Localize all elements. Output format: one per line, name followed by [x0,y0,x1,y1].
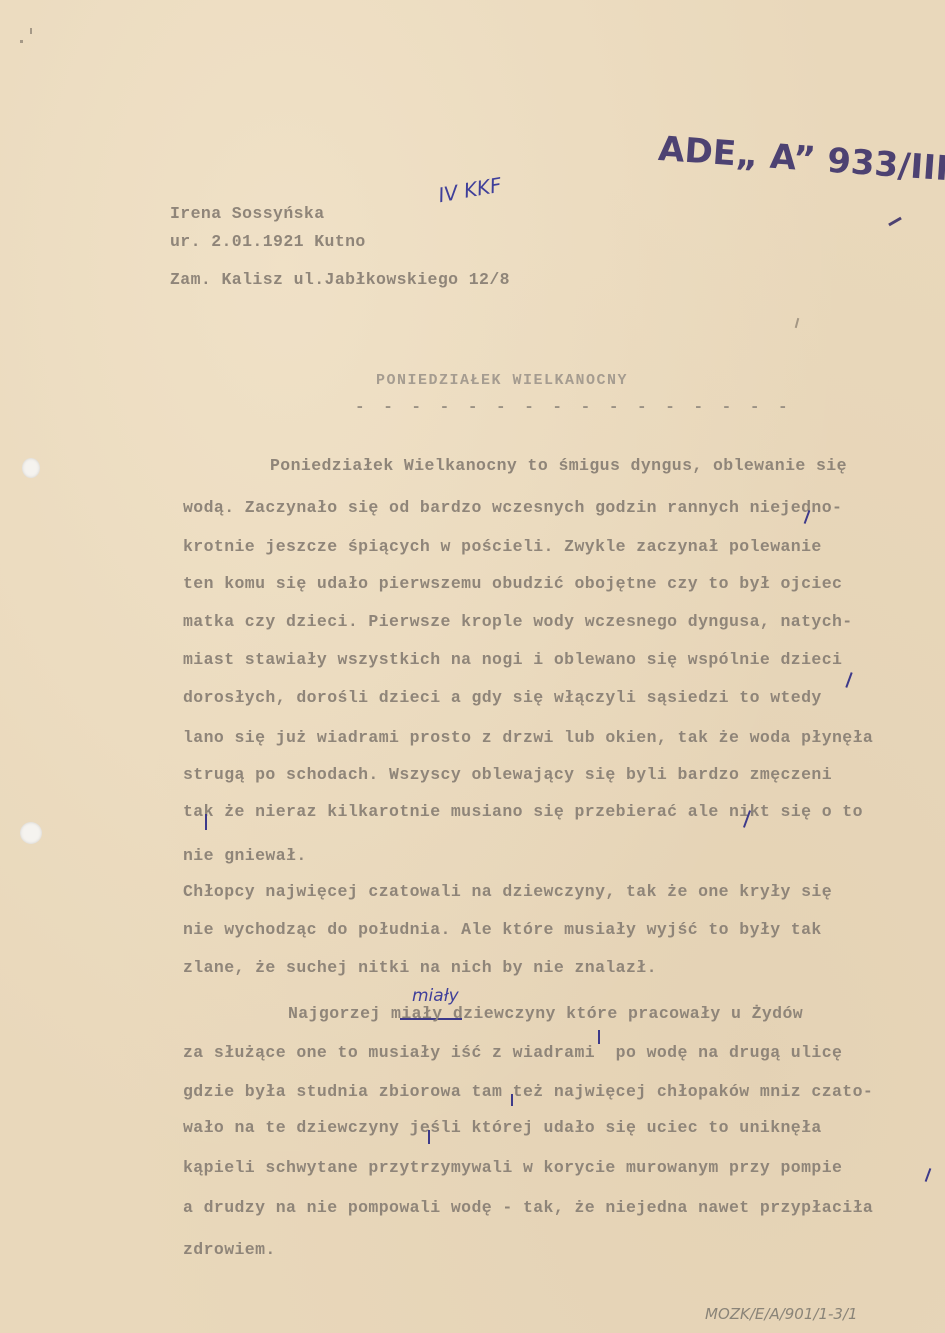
speck [20,40,23,43]
body-line: gdzie była studnia zbiorowa tam też najw… [183,1084,873,1101]
body-line: nie wychodząc do południa. Ale które mus… [183,922,822,939]
body-line: wodą. Zaczynało się od bardzo wczesnych … [183,500,842,517]
body-line: miast stawiały wszystkich na nogi i oble… [183,652,842,669]
pen-comma-mark [205,814,207,830]
speck [795,318,800,328]
author-birth: ur. 2.01.1921 Kutno [170,234,366,251]
body-line: krotnie jeszcze śpiących w pościeli. Zwy… [183,539,822,556]
body-line: wało na te dziewczyny jeśli której udało… [183,1120,822,1137]
body-line: zlane, że suchej nitki na nich by nie zn… [183,960,657,977]
handwritten-note: IV KKF [437,175,503,206]
body-line: Najgorzej miały dziewczyny które pracowa… [288,1006,803,1023]
body-line: kąpieli schwytane przytrzymywali w koryc… [183,1160,842,1177]
body-line: matka czy dzieci. Pierwsze krople wody w… [183,614,853,631]
author-name: Irena Sossyńska [170,206,325,223]
body-line: lano się już wiadrami prosto z drzwi lub… [183,730,873,747]
body-line: strugą po schodach. Wszyscy oblewający s… [183,767,832,784]
body-line: a drudzy na nie pompowali wodę - tak, że… [183,1200,873,1217]
document-title: PONIEDZIAŁEK WIELKANOCNY [376,372,628,389]
archive-annotation: ADE„ A” 933/III [657,132,945,186]
punch-hole-top [22,458,40,478]
body-line: ten komu się udało pierwszemu obudzić ob… [183,576,842,593]
body-line: tak że nieraz kilkarotnie musiano się pr… [183,804,863,821]
pen-comma-mark [428,1130,430,1144]
annotation-underline [888,217,902,227]
body-line: zdrowiem. [183,1242,276,1259]
body-line: nie gniewał. [183,848,307,865]
body-line: dorosłych, dorośli dzieci a gdy się włąc… [183,690,822,707]
title-underline: - - - - - - - - - - - - - - - - [355,398,792,416]
document-page: ADE„ A” 933/III IV KKF Irena Sossyńska u… [0,0,945,1333]
pen-comma-mark [598,1030,600,1044]
pen-comma-mark [845,672,852,688]
footer-reference: MOZK/E/A/901/1-3/1 [705,1305,858,1323]
body-line: Poniedziałek Wielkanocny to śmigus dyngu… [270,458,847,475]
body-line: za służące one to musiały iść z wiadrami… [183,1045,842,1062]
punch-hole-bottom [20,822,42,844]
body-line: Chłopcy najwięcej czatowali na dziewczyn… [183,884,832,901]
author-address: Zam. Kalisz ul.Jabłkowskiego 12/8 [170,272,510,289]
handwritten-correction: miały [412,988,459,1005]
pen-comma-mark [511,1094,513,1106]
speck [30,28,32,34]
pen-comma-mark [925,1168,932,1182]
